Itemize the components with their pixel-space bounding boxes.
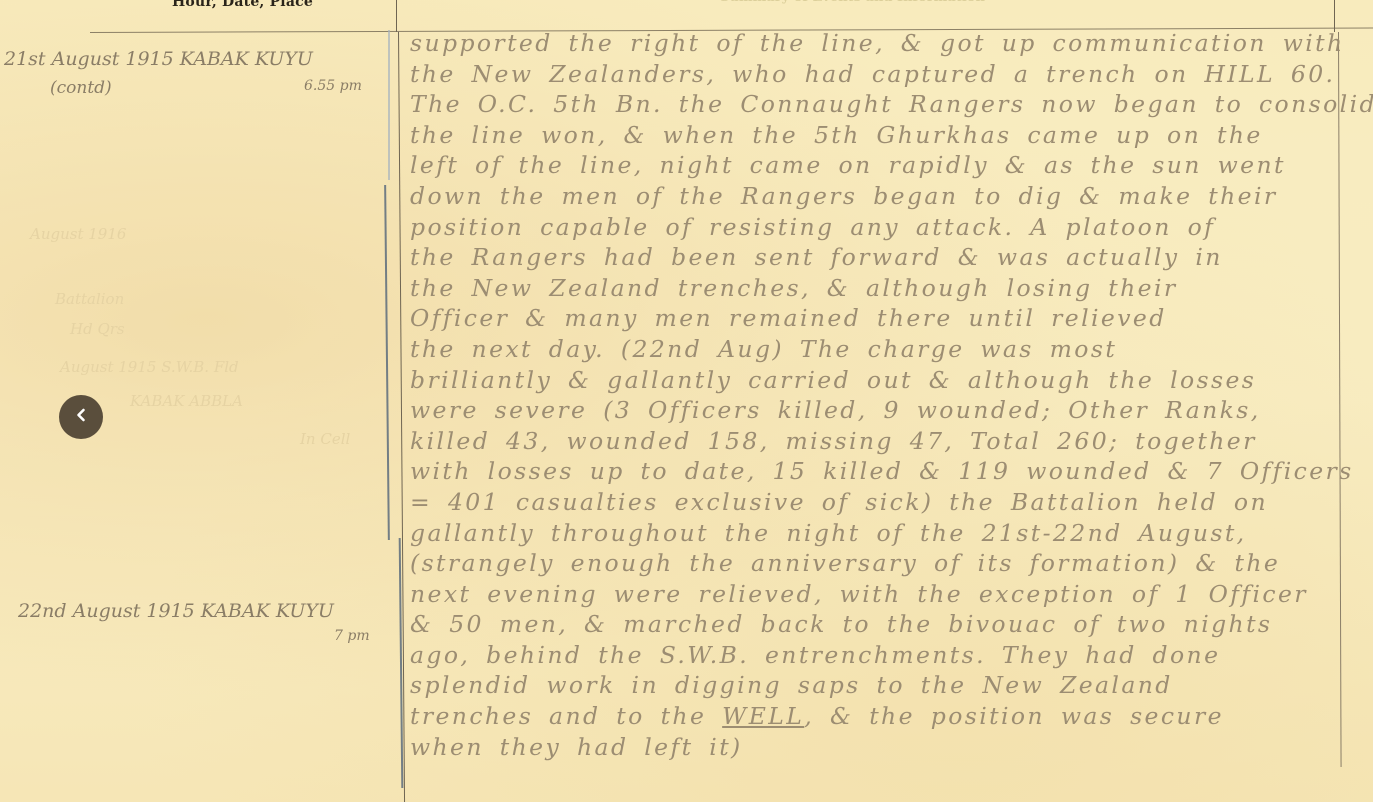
narrative-line: were severe (3 Officers killed, 9 wounde…: [410, 395, 1360, 426]
entry-date-place: 22nd August 1915 KABAK KUYU: [18, 600, 334, 622]
narrative-line: & 50 men, & marched back to the bivouac …: [410, 609, 1360, 640]
narrative-line: the New Zealanders, who had captured a t…: [410, 59, 1360, 90]
entry-21-aug: 21st August 1915 KABAK KUYU (contd) 6.55…: [4, 48, 313, 70]
narrative-text: supported the right of the line, & got u…: [410, 28, 1360, 762]
narrative-line: = 401 casualties exclusive of sick) the …: [410, 487, 1360, 518]
narrative-line: trenches and to the WELL, & the position…: [410, 701, 1360, 732]
narrative-line: down the men of the Rangers began to dig…: [410, 181, 1360, 212]
narrative-line-end: , & the position was secure: [804, 702, 1224, 730]
narrative-line: brilliantly & gallantly carried out & al…: [410, 365, 1360, 396]
narrative-line: splendid work in digging saps to the New…: [410, 670, 1360, 701]
narrative-line: position capable of resisting any attack…: [410, 212, 1360, 243]
narrative-line: gallantly throughout the night of the 21…: [410, 518, 1360, 549]
entry-continued: (contd): [50, 78, 112, 98]
narrative-line: the Rangers had been sent forward & was …: [410, 242, 1360, 273]
entry-22-aug: 22nd August 1915 KABAK KUYU 7 pm: [18, 600, 334, 622]
narrative-line-start: trenches and to the: [410, 702, 722, 730]
narrative-line: the line won, & when the 5th Ghurkhas ca…: [410, 120, 1360, 151]
narrative-line: the next day. (22nd Aug) The charge was …: [410, 334, 1360, 365]
entry-time: 7 pm: [334, 628, 370, 644]
narrative-line: left of the line, night came on rapidly …: [410, 150, 1360, 181]
narrative-line: Officer & many men remained there until …: [410, 303, 1360, 334]
ghost-text: Hd Qrs: [70, 320, 125, 338]
ghost-text: August 1916: [30, 225, 126, 243]
narrative-line: with losses up to date, 15 killed & 119 …: [410, 456, 1360, 487]
header-divider: [396, 0, 397, 32]
narrative-line: the New Zealand trenches, & although los…: [410, 273, 1360, 304]
narrative-line: (strangely enough the anniversary of its…: [410, 548, 1360, 579]
ghost-text: KABAK ABBLA: [130, 392, 243, 410]
column-header: Hour, Date, Place: [172, 0, 313, 10]
previous-page-button[interactable]: [59, 395, 103, 439]
entry-date-place: 21st August 1915 KABAK KUYU: [4, 48, 313, 70]
entry-time: 6.55 pm: [304, 78, 362, 94]
ghost-text: Battalion: [55, 290, 124, 308]
narrative-line: when they had left it): [410, 732, 1360, 763]
right-column-header-faint: Summary of Events and Information: [720, 0, 985, 5]
ghost-text: August 1915 S.W.B. Fld: [60, 358, 239, 376]
underlined-word-well: WELL: [722, 702, 804, 730]
narrative-line: supported the right of the line, & got u…: [410, 28, 1360, 59]
narrative-line: next evening were relieved, with the exc…: [410, 579, 1360, 610]
narrative-line: ago, behind the S.W.B. entrenchments. Th…: [410, 640, 1360, 671]
chevron-left-icon: [73, 407, 89, 427]
narrative-line: killed 43, wounded 158, missing 47, Tota…: [410, 426, 1360, 457]
ghost-text: In Cell: [300, 430, 350, 448]
narrative-line: The O.C. 5th Bn. the Connaught Rangers n…: [410, 89, 1360, 120]
